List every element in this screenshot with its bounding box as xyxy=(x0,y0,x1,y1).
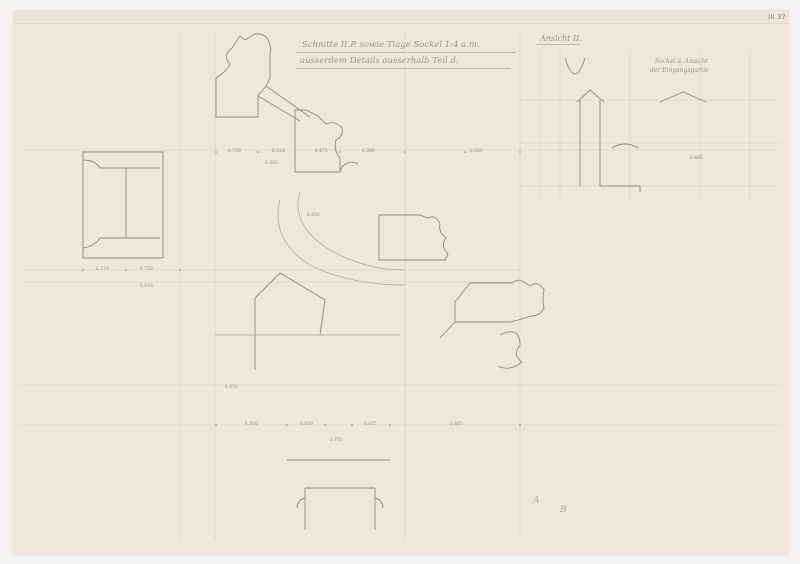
dim-label: 0.520 xyxy=(272,148,285,153)
dim-label: 0.380 xyxy=(470,148,483,153)
dim-label: 0.450 xyxy=(300,421,313,426)
dim-label: 0.750 xyxy=(140,266,153,271)
drawing-linework xyxy=(0,0,800,564)
dim-label: 0.450 xyxy=(307,212,320,217)
dim-label: 0.380 xyxy=(362,148,375,153)
dim-label: 0.720 xyxy=(96,266,109,271)
dim-label: 1.445 xyxy=(450,421,463,426)
dim-label: 0.460 xyxy=(265,160,278,165)
dim-label: 0.750 xyxy=(228,148,241,153)
dim-label: 0.675 xyxy=(315,148,328,153)
dim-label: 0.885 xyxy=(690,155,703,160)
dim-label: 0.450 xyxy=(225,384,238,389)
dim-label: 0.425 xyxy=(364,421,377,426)
dim-label: 1.775 xyxy=(330,437,343,442)
dim-label: 1.670 xyxy=(140,283,153,288)
dim-label: 0.500 xyxy=(245,421,258,426)
